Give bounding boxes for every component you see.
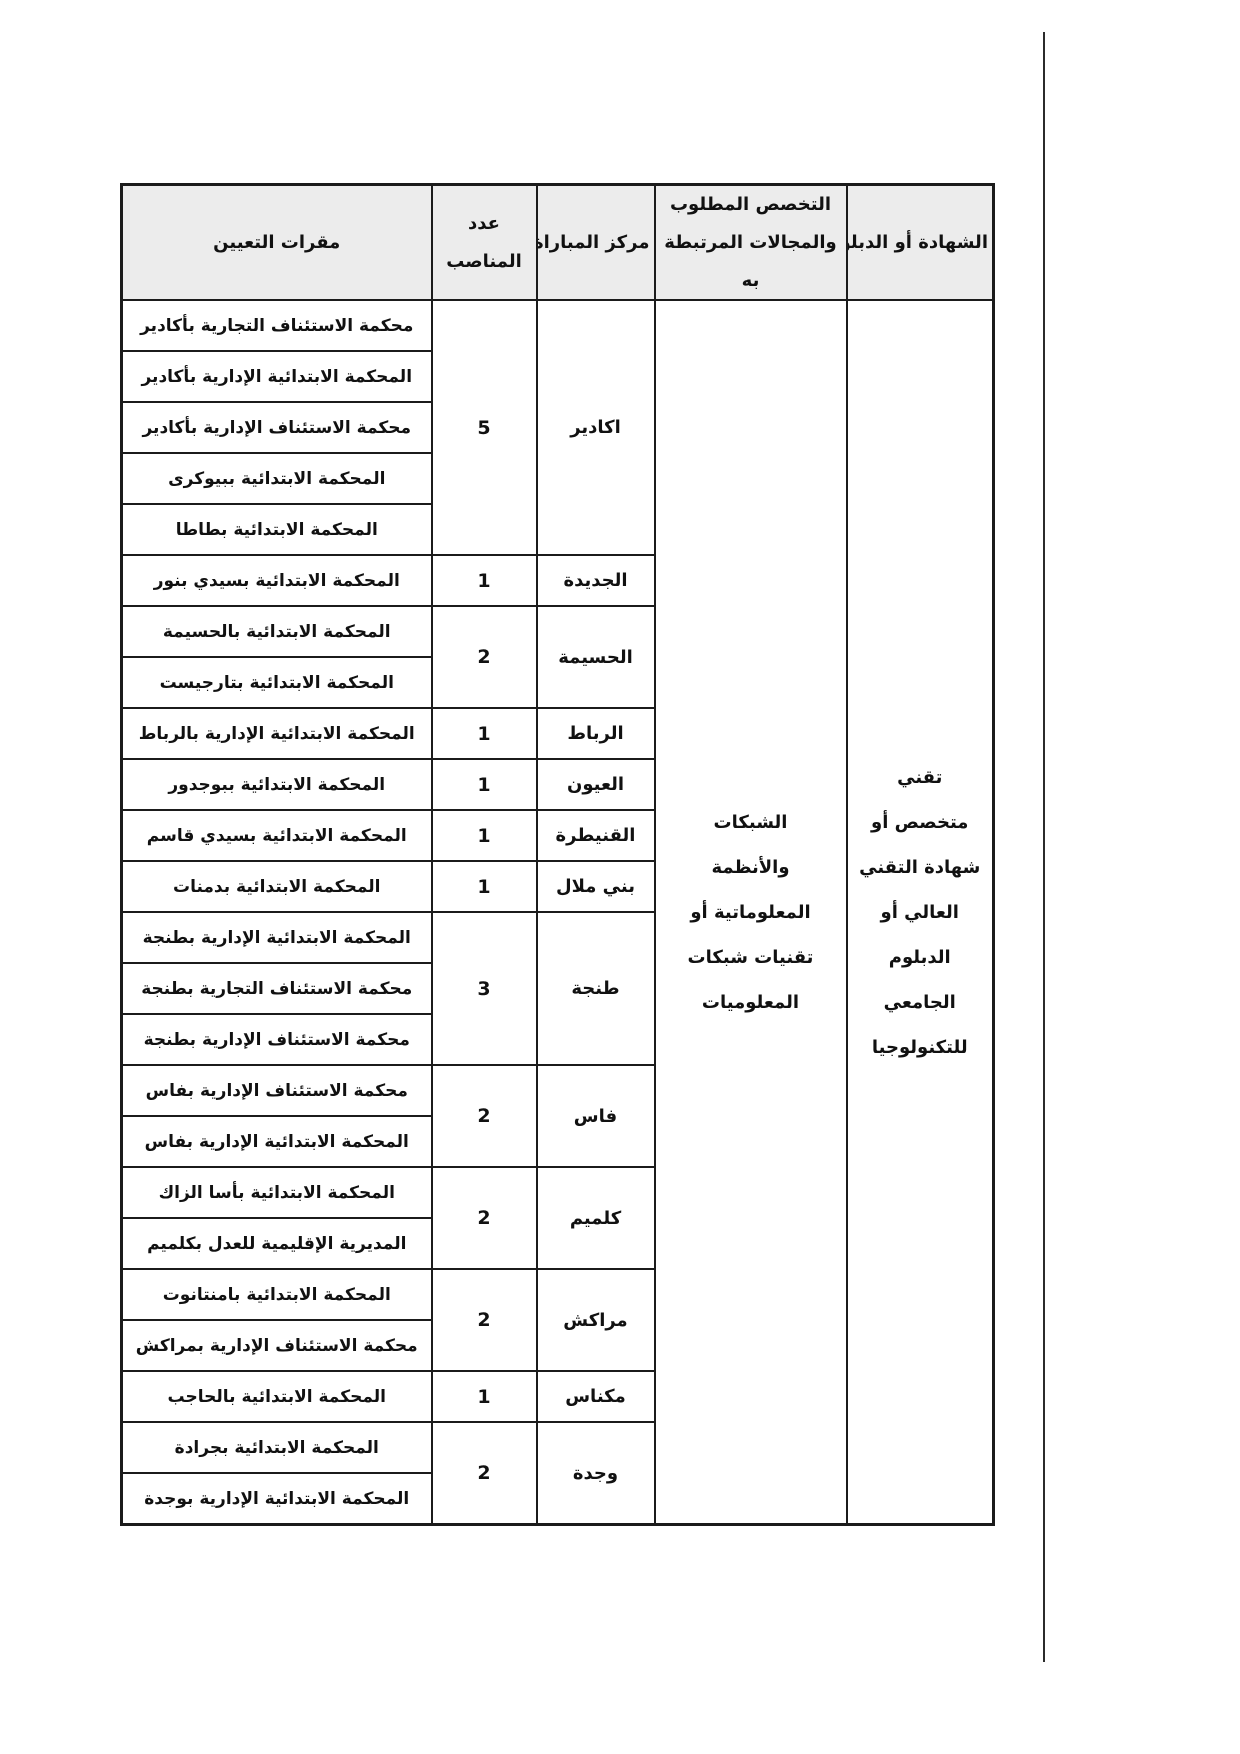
center-cell: اكادير [537,300,655,555]
location-cell: المحكمة الابتدائية الإدارية بفاس [122,1116,432,1167]
location-cell: المحكمة الابتدائية ببيوكرى [122,453,432,504]
header-required-specialization: التخصص المطلوب والمجالات المرتبطة به [655,185,847,301]
count-cell: 2 [432,1167,537,1269]
count-cell: 1 [432,555,537,606]
center-cell: مراكش [537,1269,655,1371]
count-cell: 2 [432,1065,537,1167]
center-cell: مكناس [537,1371,655,1422]
count-cell: 1 [432,759,537,810]
location-cell: المحكمة الابتدائية الإدارية بالرباط [122,708,432,759]
location-cell: المحكمة الابتدائية بالحسيمة [122,606,432,657]
center-cell: العيون [537,759,655,810]
location-cell: المديرية الإقليمية للعدل بكلميم [122,1218,432,1269]
count-cell: 1 [432,708,537,759]
location-cell: المحكمة الابتدائية بسيدي قاسم [122,810,432,861]
header-row: الشهادة أو الدبلوم التخصص المطلوب والمجا… [122,185,994,301]
center-cell: القنيطرة [537,810,655,861]
count-cell: 1 [432,1371,537,1422]
location-cell: المحكمة الابتدائية بامنتانوت [122,1269,432,1320]
header-competition-center: مركز المباراة [537,185,655,301]
count-cell: 2 [432,606,537,708]
location-cell: المحكمة الابتدائية بالحاجب [122,1371,432,1422]
location-cell: المحكمة الابتدائية بسيدي بنور [122,555,432,606]
location-cell: محكمة الاستئناف الإدارية بطنجة [122,1014,432,1065]
center-cell: الجديدة [537,555,655,606]
header-certificate-or-diploma: الشهادة أو الدبلوم [847,185,994,301]
center-cell: الحسيمة [537,606,655,708]
page-margin-rule [1043,32,1045,1662]
center-cell: بني ملال [537,861,655,912]
count-cell: 1 [432,810,537,861]
count-cell: 5 [432,300,537,555]
location-cell: المحكمة الابتدائية الإدارية بطنجة [122,912,432,963]
specialization-cell: الشبكات والأنظمة المعلوماتية أو تقنيات ش… [655,300,847,1524]
location-cell: محكمة الاستئناف التجارية بطنجة [122,963,432,1014]
location-cell: محكمة الاستئناف التجارية بأكادير [122,300,432,351]
location-cell: المحكمة الابتدائية الإدارية بأكادير [122,351,432,402]
location-cell: المحكمة الابتدائية الإدارية بوجدة [122,1473,432,1524]
center-cell: كلميم [537,1167,655,1269]
location-cell: محكمة الاستئناف الإدارية بمراكش [122,1320,432,1371]
header-positions-count: عدد المناصب [432,185,537,301]
scanned-document-page: الشهادة أو الدبلوم التخصص المطلوب والمجا… [0,0,1240,1754]
location-cell: المحكمة الابتدائية بجرادة [122,1422,432,1473]
location-cell: محكمة الاستئناف الإدارية بفاس [122,1065,432,1116]
count-cell: 3 [432,912,537,1065]
location-cell: المحكمة الابتدائية بطاطا [122,504,432,555]
table-row: تقني متخصص أو شهادة التقني العالي أو الد… [122,300,994,351]
location-cell: محكمة الاستئناف الإدارية بأكادير [122,402,432,453]
recruitment-table: الشهادة أو الدبلوم التخصص المطلوب والمجا… [120,183,995,1526]
count-cell: 1 [432,861,537,912]
certificate-diploma-cell: تقني متخصص أو شهادة التقني العالي أو الد… [847,300,994,1524]
center-cell: الرباط [537,708,655,759]
location-cell: المحكمة الابتدائية بدمنات [122,861,432,912]
location-cell: المحكمة الابتدائية بتارجيست [122,657,432,708]
count-cell: 2 [432,1422,537,1524]
location-cell: المحكمة الابتدائية ببوجدور [122,759,432,810]
center-cell: طنجة [537,912,655,1065]
location-cell: المحكمة الابتدائية بأسا الزاك [122,1167,432,1218]
center-cell: فاس [537,1065,655,1167]
header-appointment-locations: مقرات التعيين [122,185,432,301]
count-cell: 2 [432,1269,537,1371]
center-cell: وجدة [537,1422,655,1524]
